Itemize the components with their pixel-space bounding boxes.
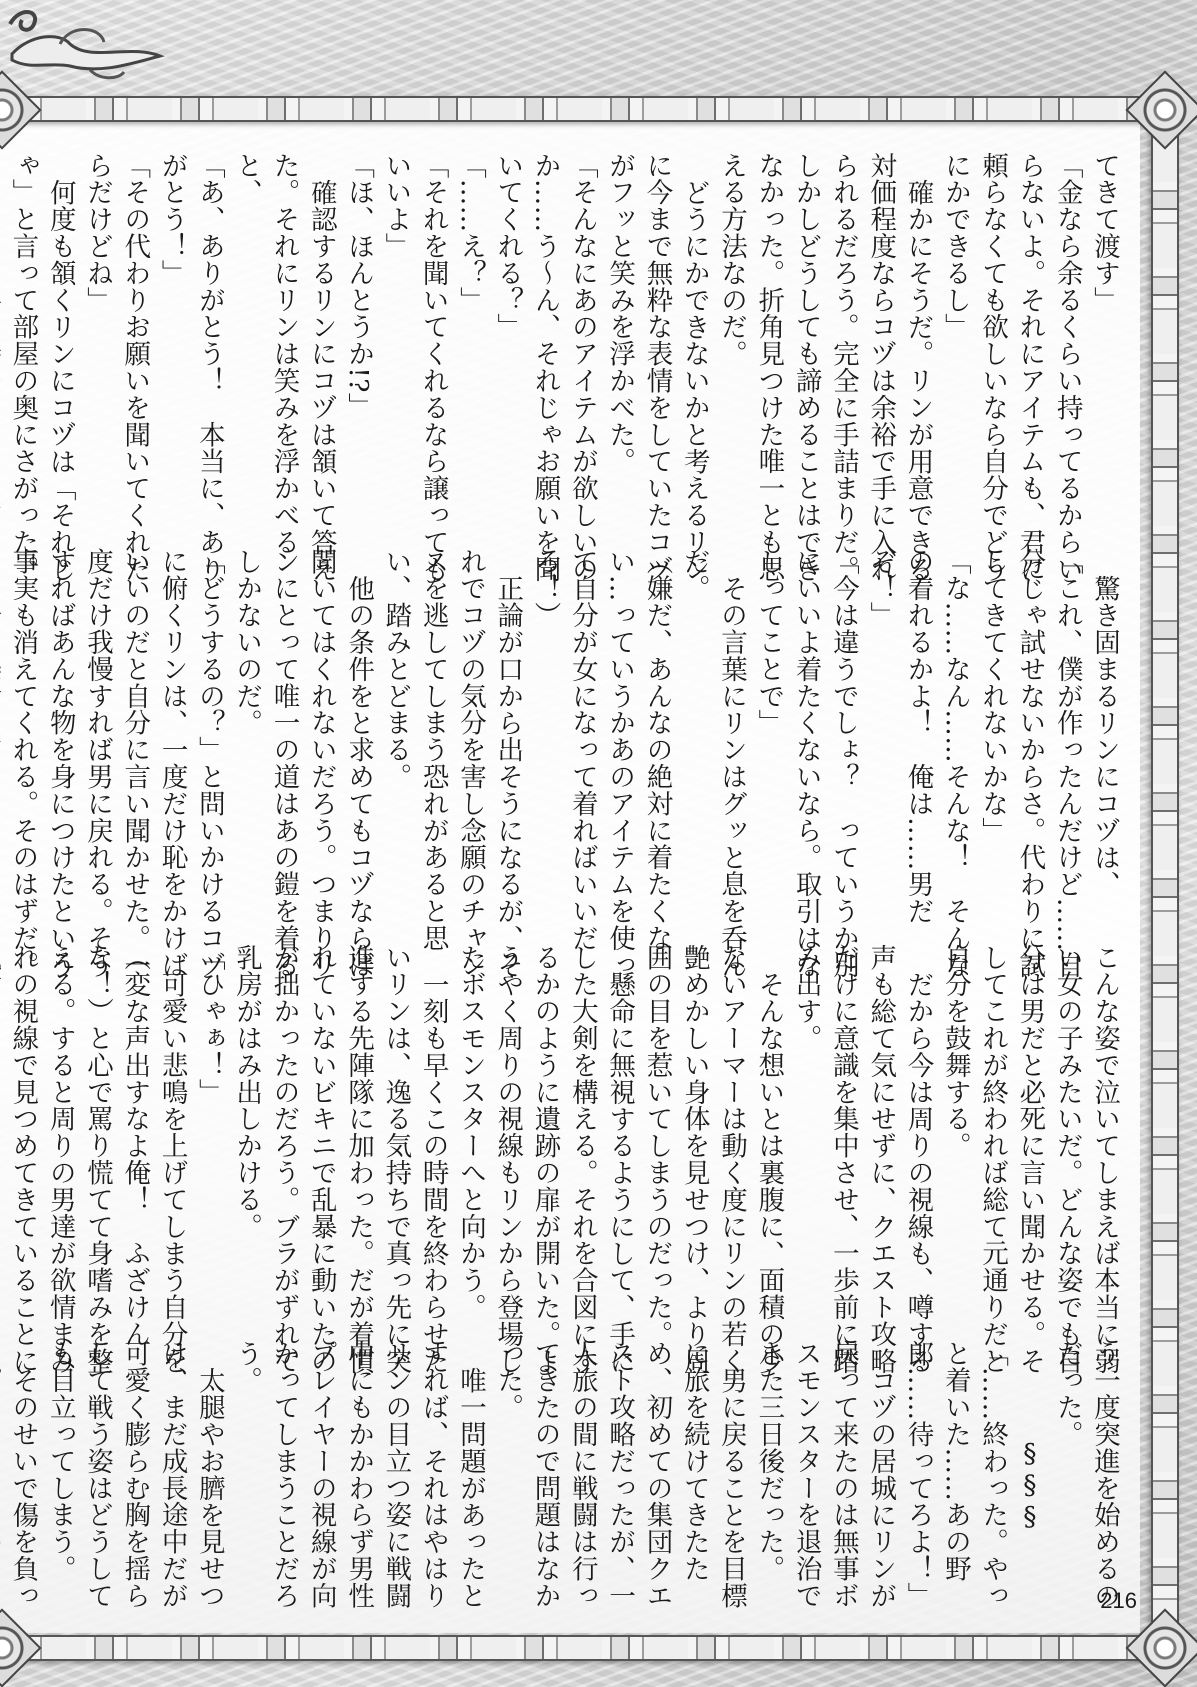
dialogue-paragraph: 「その代わりお願いを聞いてくれたらだけどね」 bbox=[79, 152, 154, 592]
narration-paragraph: 確認するリンにコヅは頷いて答えた。それにリンは笑みを浮かべると、 bbox=[228, 152, 340, 592]
section-break: §§§ bbox=[1011, 1340, 1048, 1630]
dialogue-paragraph: こんな姿で泣いてしまえば本当に弱い女の子みたいだ。どんな姿でも自分は男だと必死に… bbox=[937, 944, 1123, 1384]
text-tier-4: う一度突進を始めるのだった。§§§「……終わった。やっと着いた……あの野郎……待… bbox=[143, 1340, 1123, 1630]
narration-paragraph: 可愛い悲鳴を上げてしまう自分を（変な声出すなよ俺！ ふざけんな！）と心で罵り慌て… bbox=[0, 944, 191, 1384]
dialogue-paragraph: 「あ、ありがとう！ 本当に、ありがとう！」 bbox=[153, 152, 228, 592]
text-tier-2: 驚き固まるリンにコヅは、「これ、僕が作ったんだけど……自分じゃ試せないからさ。代… bbox=[143, 548, 1123, 988]
dialogue-paragraph: 「金なら余るくらい持ってるからいらないよ。それにアイテムも、君に頼らなくても欲し… bbox=[937, 152, 1086, 592]
text-tier-3: こんな姿で泣いてしまえば本当に弱い女の子みたいだ。どんな姿でも自分は男だと必死に… bbox=[143, 944, 1123, 1384]
page-number: 216 bbox=[1100, 1588, 1137, 1614]
narration-paragraph: 自分を懸命に言いくるめたリンは小さく頷くとビキニアーマーを受け取り、クエストに向… bbox=[0, 548, 4, 988]
narration-paragraph: 唯一問題があったとすれば、それはやはりリンの目立つ姿に戦闘中にもかかわらず男性プ… bbox=[228, 1340, 489, 1630]
ornate-border-bottom bbox=[0, 1635, 1161, 1661]
dialogue-paragraph: （嫌だ、あんなの絶対に着たくない…っていうかあのアイテムを使って自分が女になって… bbox=[526, 548, 675, 988]
narration-paragraph: 男に戻ることを目標に旅を続けてきたため、初めての集団クエスト攻略だったが、一人旅… bbox=[489, 1340, 750, 1630]
narration-paragraph: 他の条件をと求めてもコヅならば聞いてはくれないだろう。つまりリンにとって唯一の道… bbox=[228, 548, 377, 988]
narration-paragraph: 何度も頷くリンにコヅは「それじゃ」と言って部屋の奥にさがった。そしてその手に持っ… bbox=[0, 152, 79, 592]
dialogue-paragraph: 「これ、僕が作ったんだけど……自分じゃ試せないからさ。代わりに試してきてくれない… bbox=[974, 548, 1086, 988]
narration-paragraph: そのせいで傷を負ったプレイヤーも多く、戦闘終了後にはリンに少なからず文句を言おう… bbox=[0, 1340, 41, 1630]
narration-paragraph: コヅの居城にリンが戻って来たのは無事ボスモンスターを退治できた三日後だった。 bbox=[750, 1340, 899, 1630]
ornate-border-right bbox=[1151, 96, 1179, 1657]
narration-paragraph: 驚き固まるリンにコヅは、 bbox=[1086, 548, 1123, 988]
dialogue-paragraph: 「ひゃぁ！」 bbox=[191, 944, 228, 1384]
dialogue-paragraph: 「今は違うでしょ？ っていうか別にいいよ着たくないなら。取引はなしってことで」 bbox=[750, 548, 862, 988]
narration-paragraph: 確かにそうだ。リンが用意できる対価程度ならコヅは余裕で手に入れられるだろう。完全… bbox=[713, 152, 937, 592]
dialogue-paragraph: 「な……なん……そんな！ そんなの着れるかよ！ 俺は……男だぞ！」 bbox=[862, 548, 974, 988]
narration-paragraph: どうにかできないかと考えるリンに今まで無粋な表情をしていたコヅがフッと笑みを浮か… bbox=[601, 152, 713, 592]
text-tier-1: てきて渡す」「金なら余るくらい持ってるからいらないよ。それにアイテムも、君に頼ら… bbox=[143, 152, 1123, 592]
dialogue-paragraph: 「それを聞いてくれるなら譲ってもいいよ」 bbox=[377, 152, 452, 592]
narration-paragraph: そんな想いとは裏腹に、面積の少ないアーマーは動く度にリンの若く艶めかしい身体を見… bbox=[638, 944, 787, 1384]
dialogue-paragraph: 「そんなにあのアイテムが欲しいのか……う～ん、それじゃお願いを聞いてくれる？」 bbox=[489, 152, 601, 592]
dialogue-paragraph: 「……終わった。やっと着いた……あの野郎……待ってろよ！」 bbox=[899, 1340, 1011, 1630]
narration-paragraph: だから今は周りの視線も、噂する声も総て気にせずに、クエスト攻略だけに意識を集中さ… bbox=[787, 944, 936, 1384]
dialogue-paragraph: う一度突進を始めるのだった。 bbox=[1048, 1340, 1123, 1630]
dialogue-paragraph: 「……え？」 bbox=[452, 152, 489, 592]
ornate-border-top bbox=[0, 96, 1161, 122]
narration-paragraph: 懸命に無視するようにして、手にした大剣を構える。それを合図にするかのように遺跡の… bbox=[452, 944, 638, 1384]
dialogue-paragraph: 「ほ、ほんとうか!?」 bbox=[340, 152, 377, 592]
narration-paragraph: 一刻も早くこの時間を終わらせたいリンは、逸る気持ちで真っ先に突進する先陣隊に加わ… bbox=[228, 944, 452, 1384]
narration-paragraph: その言葉にリンはグッと息を呑んだ。 bbox=[675, 548, 750, 988]
dialogue-paragraph: てきて渡す」 bbox=[1086, 152, 1123, 592]
narration-paragraph: 正論が口から出そうになるが、それでコヅの気分を害し念願のチャンスを逃してしまう恐… bbox=[377, 548, 526, 988]
scroll-ornament-icon bbox=[0, 4, 170, 84]
dialogue-paragraph: 「どうするの？」と問いかけるコヅに俯くリンは、一度だけ恥をかけばいいのだと自分に… bbox=[4, 548, 228, 988]
narration-paragraph: 太腿やお臍を見せつけ、まだ成長途中だが可愛く膨らむ胸を揺らして戦う姿はどうしても… bbox=[41, 1340, 227, 1630]
